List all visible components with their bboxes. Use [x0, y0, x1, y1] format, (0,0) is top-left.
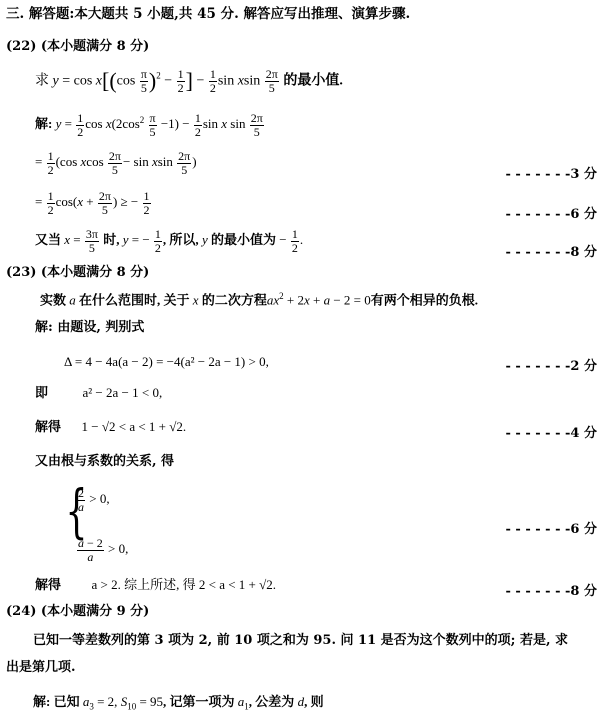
q24-problem-line1: 已知一等差数列的第 3 项为 2, 前 10 项之和为 95. 问 11 是否为… [33, 634, 568, 647]
q23-score-8: - - - - - - -8 分 [506, 580, 598, 599]
section-heading: 三. 解答题:本大题共 5 小题,共 45 分. 解答应写出推理、演算步骤. [6, 8, 410, 22]
q23-score-6: - - - - - - -6 分 [506, 518, 598, 537]
q22-solution-line3: = 12cos(x + 2π5) ≥ − 12 [35, 190, 152, 216]
q24-solution: 解: 已知 a3 = 2, S10 = 95, 记第一项为 a1, 公差为 d,… [33, 695, 324, 712]
q23-relation: 又由根与系数的关系, 得 [35, 455, 174, 468]
q22-score-6: - - - - - - -6 分 [506, 203, 598, 222]
q24-problem-line2: 出是第几项. [6, 661, 76, 674]
q24-header: (24) (本小题满分 9 分) [6, 605, 149, 618]
q23-system-2: a − 2a > 0, [76, 537, 128, 563]
q23-system-1: 2a > 0, [76, 487, 110, 513]
q22-score-3: - - - - - - -3 分 [506, 163, 598, 182]
q23-jiede2-line: 解得 a > 2. 综上所述, 得 2 < a < 1 + √2. [35, 578, 276, 591]
q23-delta: Δ = 4 − 4a(a − 2) = −4(a² − 2a − 1) > 0, [64, 355, 269, 368]
q22-problem-prefix: 求 y = cos x [35, 73, 102, 88]
q23-header: (23) (本小题满分 8 分) [6, 266, 149, 279]
q22-header: (22) (本小题满分 8 分) [6, 40, 149, 53]
q23-score-2: - - - - - - -2 分 [506, 355, 598, 374]
q22-score-8: - - - - - - -8 分 [506, 241, 598, 260]
q23-problem: 实数 a 在什么范围时, 关于 x 的二次方程ax2 + 2x + a − 2 … [40, 292, 478, 306]
q23-ji-line: 即 a² − 2a − 1 < 0, [35, 386, 162, 399]
q23-score-4: - - - - - - -4 分 [506, 422, 598, 441]
q23-jiede1-line: 解得 1 − √2 < a < 1 + √2. [35, 420, 186, 433]
q22-problem-suffix: 的最小值. [283, 73, 343, 88]
q22-solution-line2: = 12(cos xcos 2π5− sin xsin 2π5) [35, 150, 197, 176]
q22-solution-line1: 解: y = 12cos x(2cos2 π5 −1) − 12sin x si… [35, 112, 265, 138]
q22-problem: 求 y = cos x[(cos π5)2 − 12] − 12sin xsin… [35, 68, 343, 94]
q23-solution-intro: 解: 由题设, 判别式 [35, 321, 144, 334]
q22-solution-line4: 又当 x = 3π5 时, y = − 12, 所以, y 的最小值为 − 12… [35, 228, 303, 254]
